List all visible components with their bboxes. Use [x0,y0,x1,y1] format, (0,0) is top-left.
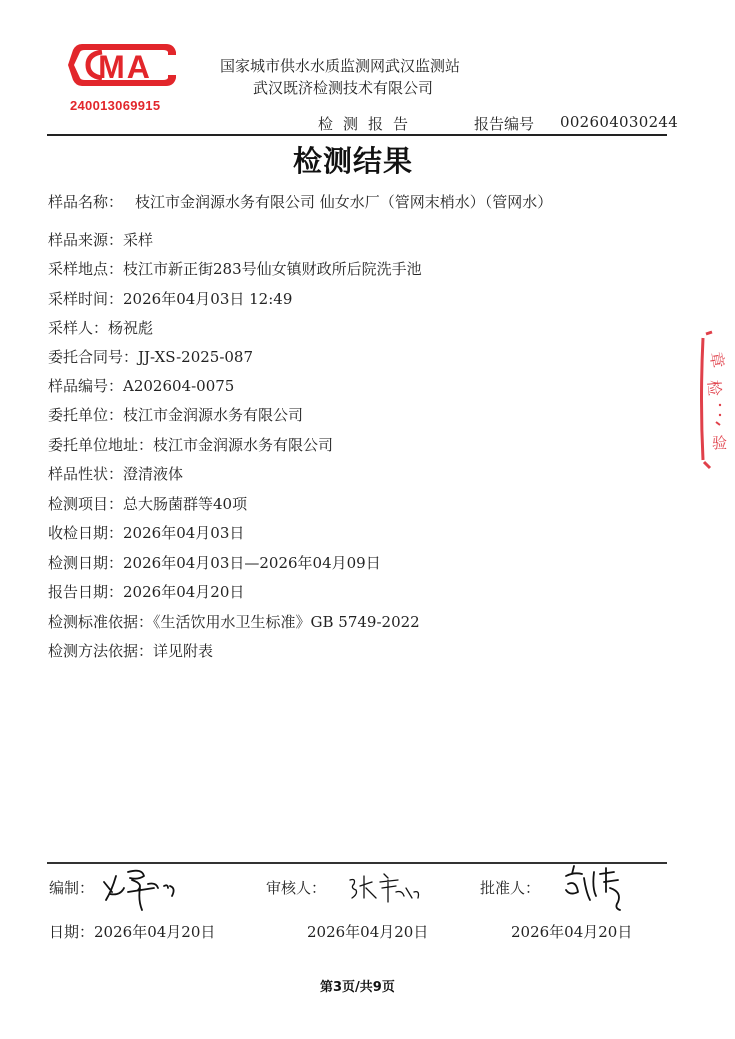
field-sample-number: 样品编号：A202604-0075 [48,375,234,396]
report-number: 002604030244 [560,113,678,131]
field-sample-appearance: 样品性状：澄清液体 [48,463,183,484]
field-value: 2026年04月03日 [123,524,244,542]
field-value: A202604-0075 [123,377,234,395]
compiler-label: 编制： [49,877,94,898]
field-label: 样品名称： [48,193,123,211]
svg-text:章: 章 [706,350,727,369]
field-value: 枝江市新正街283号仙女镇财政所后院洗手池 [123,260,422,278]
field-value: 澄清液体 [123,465,183,483]
field-value: JJ-XS-2025-087 [138,348,253,366]
field-value: 2026年04月20日 [123,583,244,601]
org-name-line1: 国家城市供水水质监测网武汉监测站 [220,55,460,76]
field-sampling-time: 采样时间：2026年04月03日 12:49 [48,288,292,309]
svg-text:检: 检 [704,379,724,397]
field-value: 采样 [123,231,153,249]
field-label: 样品编号： [48,377,123,395]
field-value: 枝江市金润源水务有限公司 仙女水厂（管网末梢水）（管网水） [135,193,552,211]
field-value: 详见附表 [153,642,213,660]
field-client: 委托单位：枝江市金润源水务有限公司 [48,404,303,425]
header-divider [47,134,667,136]
field-label: 检测日期： [48,554,123,572]
field-test-date: 检测日期：2026年04月03日—2026年04月09日 [48,552,381,573]
svg-text:MA: MA [98,49,152,85]
field-value: 总大肠菌群等40项 [123,495,247,513]
field-label: 委托单位： [48,406,123,424]
cma-logo-icon: MA [68,40,180,90]
cma-cert-number: 240013069915 [70,98,160,113]
page-title: 检测结果 [293,139,413,180]
field-test-items: 检测项目：总大肠菌群等40项 [48,493,247,514]
field-contract-number: 委托合同号：JJ-XS-2025-087 [48,346,253,367]
compiler-signature [98,866,182,914]
org-name-line2: 武汉既济检测技术有限公司 [253,77,433,98]
field-sampling-location: 采样地点：枝江市新正街283号仙女镇财政所后院洗手池 [48,258,422,279]
field-label: 委托合同号： [48,348,138,366]
approver-date: 2026年04月20日 [511,921,632,942]
report-number-label: 报告编号 [474,113,534,134]
field-test-standard: 检测标准依据：《生活饮用水卫生标准》GB 5749-2022 [48,611,420,632]
reviewer-label: 审核人： [266,877,326,898]
reviewer-date: 2026年04月20日 [307,921,428,942]
field-label: 样品性状： [48,465,123,483]
field-sample-name: 样品名称：枝江市金润源水务有限公司 仙女水厂（管网末梢水）（管网水） [48,191,552,212]
seal-stamp-icon: 章 检 验 [698,330,735,470]
svg-text:验: 验 [712,434,727,452]
reviewer-signature [346,868,430,908]
page-number: 第3页/共9页 [320,976,395,995]
field-label: 检测项目： [48,495,123,513]
approver-signature [560,862,640,914]
field-client-address: 委托单位地址：枝江市金润源水务有限公司 [48,434,333,455]
field-test-method: 检测方法依据：详见附表 [48,640,213,661]
compiler-date: 2026年04月20日 [94,923,215,941]
field-label: 采样时间： [48,290,123,308]
field-receipt-date: 收检日期：2026年04月03日 [48,522,244,543]
field-value: 2026年04月03日—2026年04月09日 [123,554,381,572]
field-value: 枝江市金润源水务有限公司 [123,406,303,424]
field-value: 杨祝彪 [108,319,153,337]
report-type-label: 检测报告 [318,113,418,134]
field-label: 检测方法依据： [48,642,153,660]
field-label: 采样地点： [48,260,123,278]
field-label: 采样人： [48,319,108,337]
field-label: 收检日期： [48,524,123,542]
compiler-date-row: 日期：2026年04月20日 [49,921,215,942]
field-value: 枝江市金润源水务有限公司 [153,436,333,454]
field-label: 委托单位地址： [48,436,153,454]
approver-label: 批准人： [480,877,540,898]
field-sampler: 采样人：杨祝彪 [48,317,153,338]
field-sample-source: 样品来源：采样 [48,229,153,250]
field-label: 报告日期： [48,583,123,601]
field-label: 检测标准依据： [48,613,153,631]
date-label: 日期： [49,923,94,941]
field-report-date: 报告日期：2026年04月20日 [48,581,244,602]
field-value: 2026年04月03日 12:49 [123,290,292,308]
field-label: 样品来源： [48,231,123,249]
field-value: 《生活饮用水卫生标准》GB 5749-2022 [153,613,420,631]
